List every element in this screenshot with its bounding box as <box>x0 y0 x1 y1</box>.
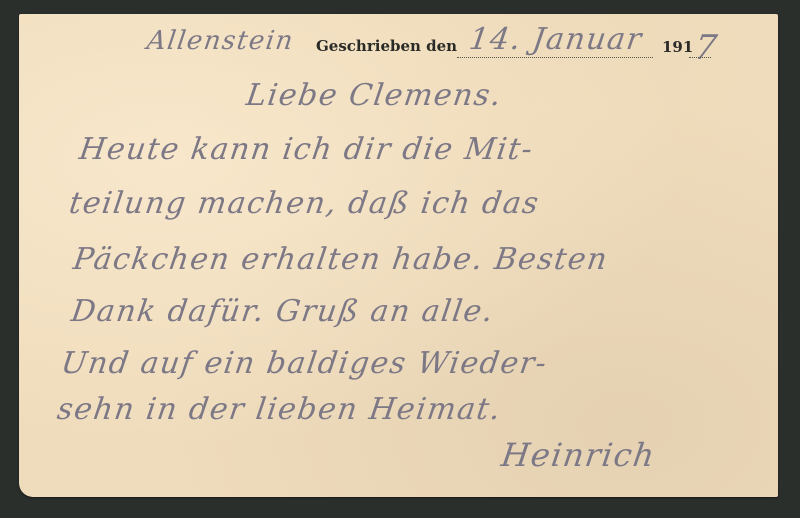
body-line-3: Päckchen erhalten habe. Besten <box>71 242 610 277</box>
date-dotted-line <box>457 57 653 58</box>
place-handwritten: Allenstein <box>145 26 296 56</box>
year-dotted-line <box>689 57 711 58</box>
year-suffix-handwritten: 7 <box>692 28 721 68</box>
printed-label-geschrieben-den: Geschrieben den <box>316 37 457 55</box>
body-line-6: sehn in der lieben Heimat. <box>55 392 504 427</box>
postcard: Allenstein Geschrieben den 14. Januar 19… <box>19 14 778 497</box>
body-line-1: Heute kann ich dir die Mit- <box>77 132 536 167</box>
salutation: Liebe Clemens. <box>244 78 504 113</box>
body-line-2: teilung machen, daß ich das <box>67 186 542 221</box>
signature: Heinrich <box>499 436 658 474</box>
printed-year-prefix: 191 <box>662 38 693 56</box>
body-line-4: Dank dafür. Gruß an alle. <box>69 294 496 329</box>
date-handwritten: 14. Januar <box>467 22 645 57</box>
body-line-5: Und auf ein baldiges Wieder- <box>59 346 550 381</box>
